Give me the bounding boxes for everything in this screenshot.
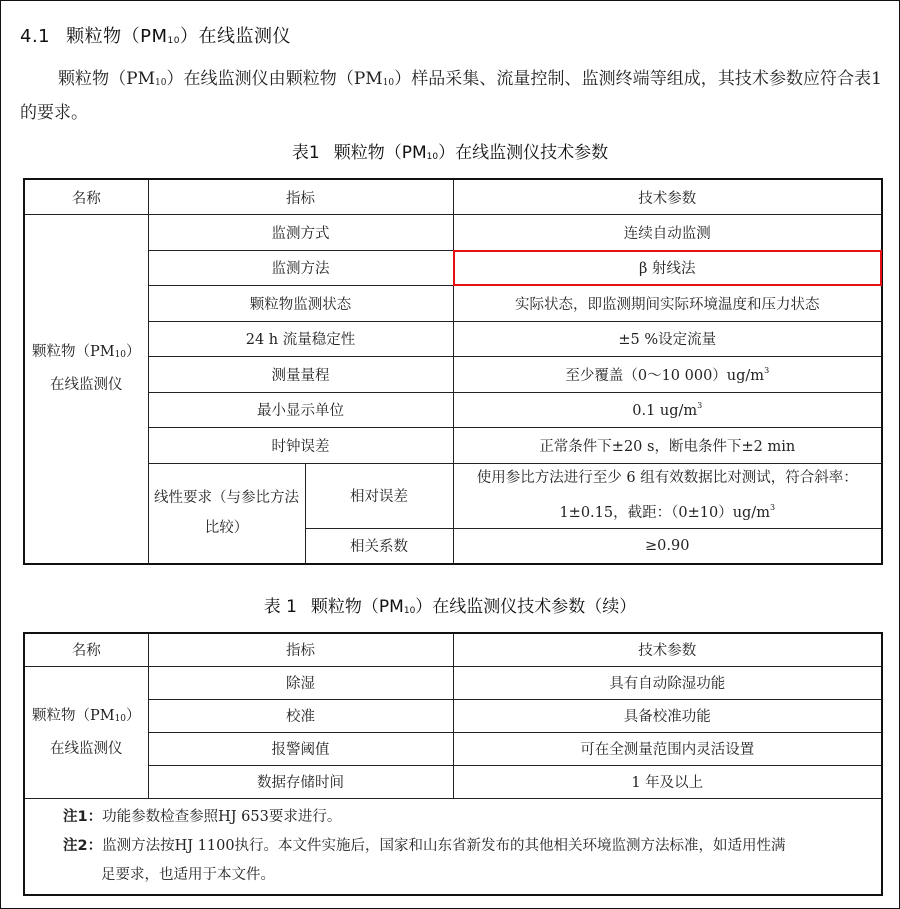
value-cell: ±5 %设定流量 [453,321,882,357]
name-text: ） [126,344,141,360]
note-2-continuation: 足要求，也适用于本文件。 [63,861,881,890]
indicator-cell: 测量量程 [148,357,453,393]
caption-text: ）在线监测仪技术参数 [438,143,608,163]
indicator-cell: 校准 [148,699,453,732]
name-text: 在线监测仪 [50,741,123,757]
highlighted-value-cell: β 射线法 [453,250,882,286]
indicator-cell: 相关系数 [305,528,453,564]
caption-text: ）在线监测仪技术参数（续） [415,597,636,617]
name-text: ） [126,708,141,724]
value-cell: 正常条件下±20 s，断电条件下±2 min [453,428,882,464]
superscript: 3 [770,503,775,512]
table-row: 监测方法 β 射线法 [24,250,882,286]
indicator-cell: 除湿 [148,666,453,699]
value-cell: 0.1 ug/m3 [453,392,882,428]
table-row: 颗粒物监测状态 实际状态，即监测期间实际环境温度和压力状态 [24,286,882,322]
note-text: 监测方法按HJ 1100执行。本文件实施后，国家和山东省新发布的其他相关环境监测… [102,838,785,854]
header-name: 名称 [24,633,148,666]
value-cell: 具备校准功能 [453,699,882,732]
section-title-text: ）在线监测仪 [180,26,291,47]
table-row: 最小显示单位 0.1 ug/m3 [24,392,882,428]
para-text: 颗粒物（PM [58,69,155,89]
table2-caption: 表 1颗粒物（PM10）在线监测仪技术参数（续） [0,592,900,617]
note-1: 注1：功能参数检查参照HJ 653要求进行。 [63,803,881,832]
table-row: 线性要求（与参比方法比较） 相对误差 使用参比方法进行至少 6 组有效数据比对测… [24,463,882,528]
name-text: 颗粒物（PM [32,344,115,360]
table-header-row: 名称 指标 技术参数 [24,633,882,666]
name-text: 在线监测仪 [50,377,123,393]
note-2: 注2：监测方法按HJ 1100执行。本文件实施后，国家和山东省新发布的其他相关环… [63,832,881,861]
value-text: 0.1 ug/m [632,403,697,419]
note-label: 注1： [63,809,102,825]
name-text: 颗粒物（PM [32,708,115,724]
caption-text: 颗粒物（PM [311,597,404,617]
section-title-text: 颗粒物（PM [66,26,167,47]
value-cell: ≥0.90 [453,528,882,564]
indicator-cell: 时钟误差 [148,428,453,464]
superscript: 3 [764,366,769,375]
section-number: 4.1 [20,26,50,47]
subscript: 10 [155,78,166,88]
value-cell: 可在全测量范围内灵活设置 [453,732,882,765]
table-row: 报警阈值 可在全测量范围内灵活设置 [24,732,882,765]
value-text: 1±0.15，截距：（0±10）ug/m [559,505,770,521]
header-value: 技术参数 [453,633,882,666]
caption-number: 表1 [292,143,320,163]
subscript: 10 [168,36,180,46]
note-label: 注2： [63,838,102,854]
table-row: 24 h 流量稳定性 ±5 %设定流量 [24,321,882,357]
note-text: 功能参数检查参照HJ 653要求进行。 [102,809,341,825]
value-text: 至少覆盖（0～10 000）ug/m [565,368,764,384]
value-cell: 至少覆盖（0～10 000）ug/m3 [453,357,882,393]
indicator-cell: 报警阈值 [148,732,453,765]
table-row: 颗粒物（PM10）在线监测仪 监测方式 连续自动监测 [24,215,882,251]
para-text: ）在线监测仪由颗粒物（PM [166,69,382,89]
notes-cell: 注1：功能参数检查参照HJ 653要求进行。 注2：监测方法按HJ 1100执行… [24,798,882,895]
header-indicator: 指标 [148,179,453,215]
header-name: 名称 [24,179,148,215]
value-cell: 实际状态，即监测期间实际环境温度和压力状态 [453,286,882,322]
notes-row: 注1：功能参数检查参照HJ 653要求进行。 注2：监测方法按HJ 1100执行… [24,798,882,895]
table-row: 时钟误差 正常条件下±20 s，断电条件下±2 min [24,428,882,464]
value-cell: 连续自动监测 [453,215,882,251]
indicator-cell: 颗粒物监测状态 [148,286,453,322]
subscript: 10 [115,714,126,724]
indicator-cell: 24 h 流量稳定性 [148,321,453,357]
indicator-cell: 相对误差 [305,463,453,528]
table-row: 测量量程 至少覆盖（0～10 000）ug/m3 [24,357,882,393]
table-header-row: 名称 指标 技术参数 [24,179,882,215]
value-cell: 1 年及以上 [453,765,882,798]
table-row: 校准 具备校准功能 [24,699,882,732]
superscript: 3 [697,401,702,410]
linearity-group-cell: 线性要求（与参比方法比较） [148,463,305,564]
intro-paragraph: 颗粒物（PM10）在线监测仪由颗粒物（PM10）样品采集、流量控制、监测终端等组… [20,64,882,128]
spec-table-1: 名称 指标 技术参数 颗粒物（PM10）在线监测仪 监测方式 连续自动监测 监测… [23,178,883,565]
value-cell: 使用参比方法进行至少 6 组有效数据比对测试，符合斜率：1±0.15，截距：（0… [453,463,882,528]
value-cell: 具有自动除湿功能 [453,666,882,699]
spec-table-2: 名称 指标 技术参数 颗粒物（PM10）在线监测仪 除湿 具有自动除湿功能 校准… [23,632,883,896]
caption-text: 颗粒物（PM [334,143,427,163]
table1-caption: 表1颗粒物（PM10）在线监测仪技术参数 [0,138,900,163]
table-row: 颗粒物（PM10）在线监测仪 除湿 具有自动除湿功能 [24,666,882,699]
subscript: 10 [427,152,438,162]
indicator-cell: 最小显示单位 [148,392,453,428]
caption-number: 表 1 [264,597,297,617]
table-row: 数据存储时间 1 年及以上 [24,765,882,798]
subscript: 10 [383,78,394,88]
section-heading: 4.1颗粒物（PM10）在线监测仪 [20,22,291,48]
header-indicator: 指标 [148,633,453,666]
value-text: 使用参比方法进行至少 6 组有效数据比对测试，符合斜率： [477,470,858,486]
indicator-cell: 监测方式 [148,215,453,251]
indicator-cell: 数据存储时间 [148,765,453,798]
subscript: 10 [115,350,126,360]
subscript: 10 [404,606,415,616]
instrument-name-cell: 颗粒物（PM10）在线监测仪 [24,666,148,798]
header-value: 技术参数 [453,179,882,215]
instrument-name-cell: 颗粒物（PM10）在线监测仪 [24,215,148,564]
indicator-cell: 监测方法 [148,250,453,286]
